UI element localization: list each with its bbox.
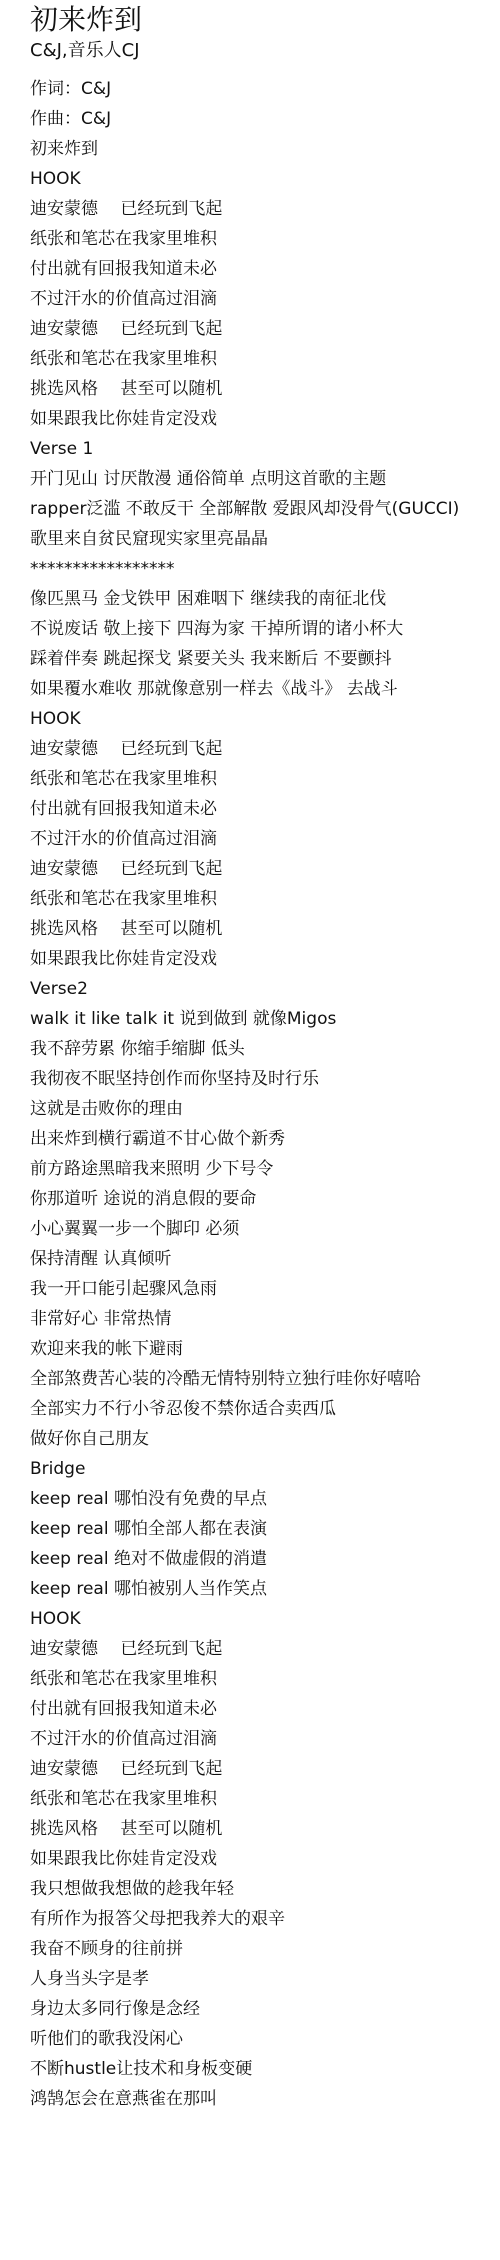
lyric-line: 欢迎来我的帐下避雨 <box>30 1334 500 1364</box>
lyric-line: 纸张和笔芯在我家里堆积 <box>30 764 500 794</box>
lyrics-list: 作词：C&J 作曲：C&J初来炸到HOOK迪安蒙德 已经玩到飞起纸张和笔芯在我家… <box>30 74 500 2114</box>
lyric-line: 开门见山 讨厌散漫 通俗简单 点明这首歌的主题 <box>30 464 500 494</box>
lyric-line: 如果跟我比你娃肯定没戏 <box>30 1844 500 1874</box>
lyric-line: 纸张和笔芯在我家里堆积 <box>30 884 500 914</box>
lyric-line: 纸张和笔芯在我家里堆积 <box>30 344 500 374</box>
lyrics-page: 初来炸到 C&J,音乐人CJ 作词：C&J 作曲：C&J初来炸到HOOK迪安蒙德… <box>30 0 500 2114</box>
lyric-line: Verse 1 <box>30 434 500 464</box>
lyric-line: keep real 哪怕没有免费的早点 <box>30 1484 500 1514</box>
lyric-line: 初来炸到 <box>30 134 500 164</box>
lyric-line: 做好你自己朋友 <box>30 1424 500 1454</box>
lyric-line: 踩着伴奏 跳起探戈 紧要关头 我来断后 不要颤抖 <box>30 644 500 674</box>
lyric-line: 挑选风格 甚至可以随机 <box>30 914 500 944</box>
lyric-line: 迪安蒙德 已经玩到飞起 <box>30 194 500 224</box>
lyric-line: keep real 哪怕全部人都在表演 <box>30 1514 500 1544</box>
lyric-line: 如果跟我比你娃肯定没戏 <box>30 404 500 434</box>
lyric-line: 如果跟我比你娃肯定没戏 <box>30 944 500 974</box>
lyric-line: 人身当头字是孝 <box>30 1964 500 1994</box>
lyric-line: 迪安蒙德 已经玩到飞起 <box>30 854 500 884</box>
lyric-line: 不断hustle让技术和身板变硬 <box>30 2054 500 2084</box>
lyric-line: 如果覆水难收 那就像意别一样去《战斗》 去战斗 <box>30 674 500 704</box>
lyric-line: 迪安蒙德 已经玩到飞起 <box>30 1634 500 1664</box>
lyric-line: 前方路途黑暗我来照明 少下号令 <box>30 1154 500 1184</box>
lyric-line: 挑选风格 甚至可以随机 <box>30 374 500 404</box>
lyric-line: 迪安蒙德 已经玩到飞起 <box>30 1754 500 1784</box>
lyric-line: 出来炸到横行霸道不甘心做个新秀 <box>30 1124 500 1154</box>
lyric-line: 付出就有回报我知道未必 <box>30 794 500 824</box>
lyric-line: walk it like talk it 说到做到 就像Migos <box>30 1004 500 1034</box>
lyric-line: 迪安蒙德 已经玩到飞起 <box>30 734 500 764</box>
lyric-line: 小心翼翼一步一个脚印 必须 <box>30 1214 500 1244</box>
lyric-line: 不说废话 敬上接下 四海为家 干掉所谓的诸小杯大 <box>30 614 500 644</box>
lyric-line: 你那道听 途说的消息假的要命 <box>30 1184 500 1214</box>
lyric-line: 我彻夜不眠坚持创作而你坚持及时行乐 <box>30 1064 500 1094</box>
lyric-line: 我奋不顾身的往前拼 <box>30 1934 500 1964</box>
song-artist: C&J,音乐人CJ <box>30 38 500 64</box>
lyric-line: 挑选风格 甚至可以随机 <box>30 1814 500 1844</box>
lyric-line: 全部煞费苦心装的冷酷无情特别特立独行哇你好嘻哈 <box>30 1364 500 1394</box>
lyric-line: 付出就有回报我知道未必 <box>30 1694 500 1724</box>
lyric-line: 保持清醒 认真倾听 <box>30 1244 500 1274</box>
lyric-line: 我只想做我想做的趁我年轻 <box>30 1874 500 1904</box>
lyric-line: 有所作为报答父母把我养大的艰辛 <box>30 1904 500 1934</box>
lyric-line: 非常好心 非常热情 <box>30 1304 500 1334</box>
lyric-line: 身边太多同行像是念经 <box>30 1994 500 2024</box>
lyric-line: 不过汗水的价值高过泪滴 <box>30 284 500 314</box>
lyric-line: Verse2 <box>30 974 500 1004</box>
lyric-line: 不过汗水的价值高过泪滴 <box>30 824 500 854</box>
lyric-line: 纸张和笔芯在我家里堆积 <box>30 1784 500 1814</box>
lyric-line: 像匹黑马 金戈铁甲 困难咽下 继续我的南征北伐 <box>30 584 500 614</box>
lyric-line: 鸿鹄怎会在意燕雀在那叫 <box>30 2084 500 2114</box>
lyric-line: HOOK <box>30 704 500 734</box>
lyric-line: 听他们的歌我没闲心 <box>30 2024 500 2054</box>
lyric-line: 纸张和笔芯在我家里堆积 <box>30 224 500 254</box>
lyric-line: 歌里来自贫民窟现实家里亮晶晶 <box>30 524 500 554</box>
lyric-line: HOOK <box>30 164 500 194</box>
lyric-line: 这就是击败你的理由 <box>30 1094 500 1124</box>
lyric-line: keep real 哪怕被别人当作笑点 <box>30 1574 500 1604</box>
lyric-line: 我一开口能引起骤风急雨 <box>30 1274 500 1304</box>
lyric-line: Bridge <box>30 1454 500 1484</box>
song-title: 初来炸到 <box>30 0 500 38</box>
lyric-line: HOOK <box>30 1604 500 1634</box>
lyric-line: 不过汗水的价值高过泪滴 <box>30 1724 500 1754</box>
lyric-line: 我不辞劳累 你缩手缩脚 低头 <box>30 1034 500 1064</box>
lyric-line: 付出就有回报我知道未必 <box>30 254 500 284</box>
lyric-line: 作曲：C&J <box>30 104 500 134</box>
lyric-line: 迪安蒙德 已经玩到飞起 <box>30 314 500 344</box>
lyric-line: 全部实力不行小爷忍俊不禁你适合卖西瓜 <box>30 1394 500 1424</box>
lyric-line: ***************** <box>30 554 500 584</box>
lyric-line: 纸张和笔芯在我家里堆积 <box>30 1664 500 1694</box>
lyric-line: keep real 绝对不做虚假的消遣 <box>30 1544 500 1574</box>
lyric-line: 作词：C&J <box>30 74 500 104</box>
lyric-line: rapper泛滥 不敢反干 全部解散 爱跟风却没骨气(GUCCI) <box>30 494 500 524</box>
